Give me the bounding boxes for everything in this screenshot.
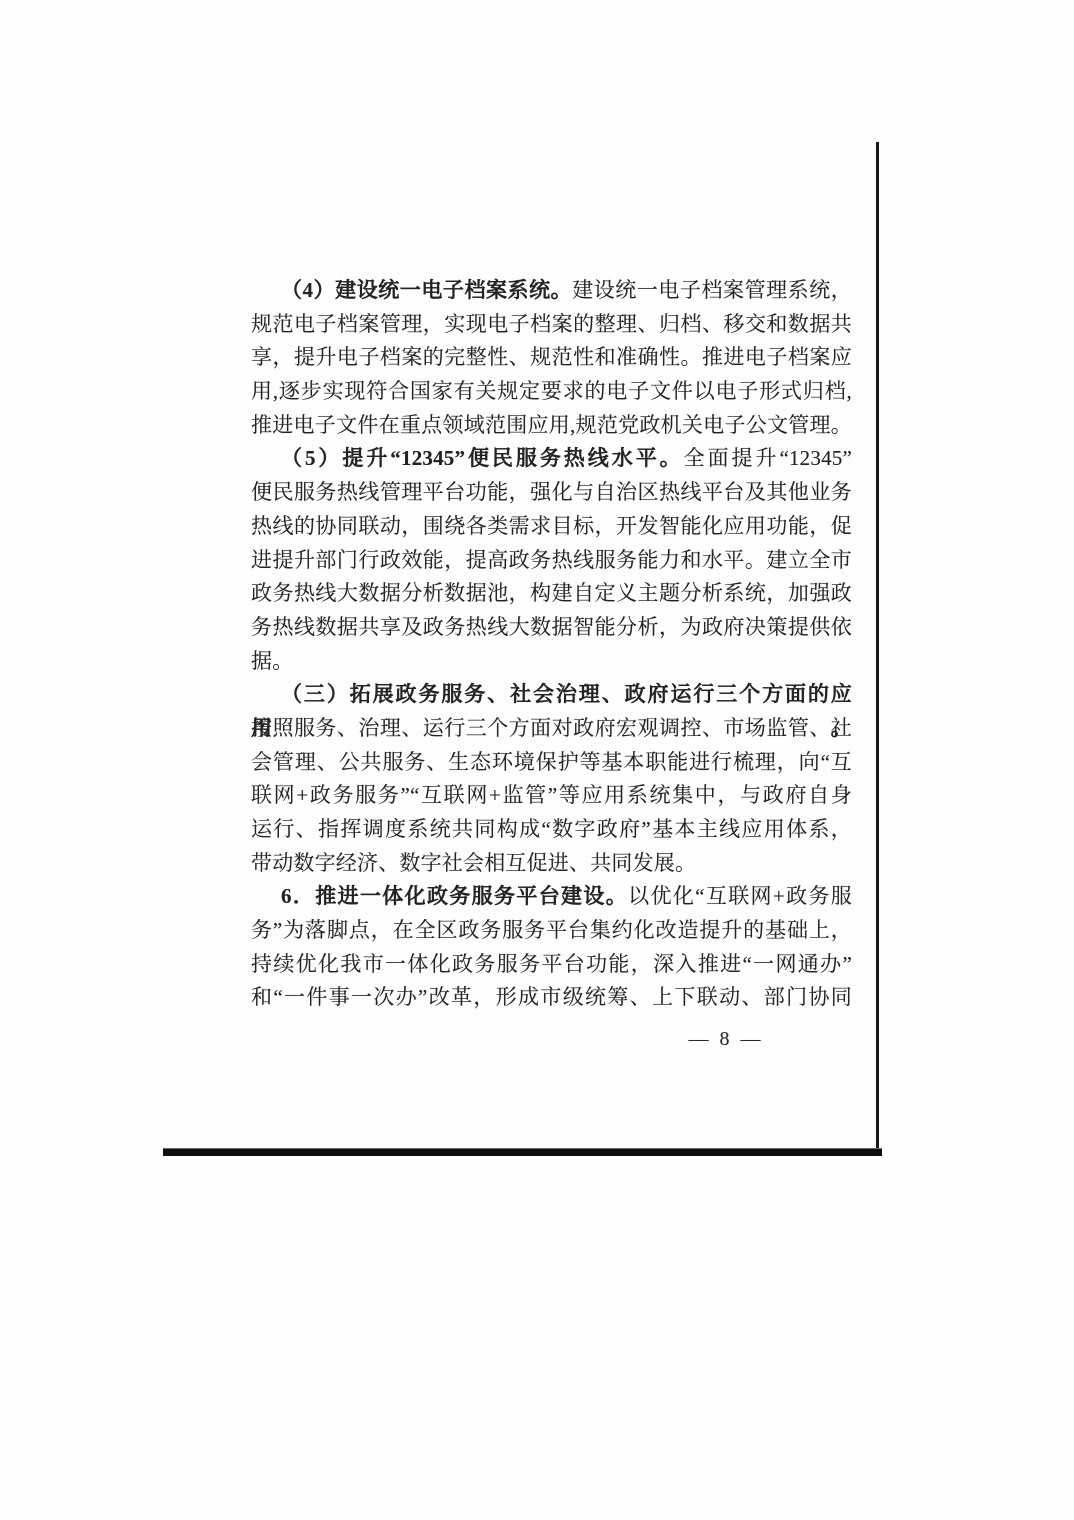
- text-line: 便民服务热线管理平台功能，强化与自治区热线平台及其他业务: [251, 476, 852, 510]
- line-text: 务热线数据共享及政务热线大数据智能分析，为政府决策提供依: [251, 615, 852, 639]
- paragraph-lead: 6．推进一体化政务服务平台建设。: [281, 884, 628, 908]
- line-text: 以优化“互联网+政务服: [628, 884, 852, 908]
- scanned-document-page: （4）建设统一电子档案系统。建设统一电子档案管理系统， 规范电子档案管理，实现电…: [0, 0, 1074, 1520]
- text-line: 推进电子文件在重点领域范围应用,规范党政机关电子公文管理。: [251, 409, 852, 443]
- text-line: （4）建设统一电子档案系统。建设统一电子档案管理系统，: [251, 274, 852, 308]
- scan-edge-right-line: [876, 142, 879, 1155]
- line-text: 便民服务热线管理平台功能，强化与自治区热线平台及其他业务: [251, 480, 852, 504]
- text-line: 会管理、公共服务、生态环境保护等基本职能进行梳理，向“互: [251, 746, 852, 780]
- line-text: 持续优化我市一体化政务服务平台功能，深入推进“一网通办”: [251, 952, 852, 976]
- line-text: 和“一件事一次办”改革，形成市级统筹、上下联动、部门协同: [251, 985, 852, 1009]
- page-number: — 8 —: [646, 1028, 806, 1051]
- line-text: 进提升部门行政效能，提高政务热线服务能力和水平。建立全市: [251, 548, 852, 572]
- line-text: 用,逐步实现符合国家有关规定要求的电子文件以电子形式归档,: [251, 379, 852, 403]
- line-text: 运行、指挥调度系统共同构成“数字政府”基本主线应用体系，: [251, 817, 852, 841]
- line-text: 全面提升“12345”: [684, 446, 852, 470]
- text-line: 进提升部门行政效能，提高政务热线服务能力和水平。建立全市: [251, 544, 852, 578]
- text-line: 6．推进一体化政务服务平台建设。以优化“互联网+政务服: [251, 880, 852, 914]
- text-line: 务”为落脚点，在全区政务服务平台集约化改造提升的基础上，: [251, 914, 852, 948]
- line-text: 建设统一电子档案管理系统，: [572, 278, 852, 302]
- paragraph-lead: （5）提升“12345”便民服务热线水平。: [281, 446, 684, 470]
- text-line: （5）提升“12345”便民服务热线水平。全面提升“12345”: [251, 442, 852, 476]
- text-line: 政务热线大数据分析数据池，构建自定义主题分析系统，加强政: [251, 577, 852, 611]
- line-text: 按照服务、治理、运行三个方面对政府宏观调控、市场监管、社: [251, 716, 852, 740]
- scan-edge-bottom-line: [163, 1148, 882, 1156]
- text-line: 享，提升电子档案的完整性、规范性和准确性。推进电子档案应: [251, 341, 852, 375]
- text-line: 热线的协同联动，围绕各类需求目标，开发智能化应用功能，促: [251, 510, 852, 544]
- paragraph-lead: （4）建设统一电子档案系统。: [281, 278, 572, 302]
- text-line: 务热线数据共享及政务热线大数据智能分析，为政府决策提供依: [251, 611, 852, 645]
- line-text: 热线的协同联动，围绕各类需求目标，开发智能化应用功能，促: [251, 514, 852, 538]
- text-line: 带动数字经济、数字社会相互促进、共同发展。: [251, 847, 852, 881]
- line-text: 务”为落脚点，在全区政务服务平台集约化改造提升的基础上，: [251, 918, 852, 942]
- text-line: 用,逐步实现符合国家有关规定要求的电子文件以电子形式归档,: [251, 375, 852, 409]
- text-line: 据。: [251, 645, 852, 679]
- text-line: 按照服务、治理、运行三个方面对政府宏观调控、市场监管、社: [251, 712, 852, 746]
- document-body: （4）建设统一电子档案系统。建设统一电子档案管理系统， 规范电子档案管理，实现电…: [251, 274, 852, 1015]
- text-line: 规范电子档案管理，实现电子档案的整理、归档、移交和数据共: [251, 308, 852, 342]
- line-text: 享，提升电子档案的完整性、规范性和准确性。推进电子档案应: [251, 345, 852, 369]
- text-line: （三）拓展政务服务、社会治理、政府运行三个方面的应用。: [251, 678, 852, 712]
- text-line: 持续优化我市一体化政务服务平台功能，深入推进“一网通办”: [251, 948, 852, 982]
- line-text: 政务热线大数据分析数据池，构建自定义主题分析系统，加强政: [251, 581, 852, 605]
- line-text: 规范电子档案管理，实现电子档案的整理、归档、移交和数据共: [251, 312, 852, 336]
- text-line: 和“一件事一次办”改革，形成市级统筹、上下联动、部门协同: [251, 981, 852, 1015]
- line-text: 带动数字经济、数字社会相互促进、共同发展。: [251, 851, 696, 875]
- line-text: 推进电子文件在重点领域范围应用,规范党政机关电子公文管理。: [251, 413, 852, 437]
- line-text: 联网+政务服务”“互联网+监管”等应用系统集中，与政府自身: [251, 783, 852, 807]
- line-text: 据。: [251, 649, 293, 673]
- line-text: 会管理、公共服务、生态环境保护等基本职能进行梳理，向“互: [251, 750, 852, 774]
- text-line: 运行、指挥调度系统共同构成“数字政府”基本主线应用体系，: [251, 813, 852, 847]
- text-line: 联网+政务服务”“互联网+监管”等应用系统集中，与政府自身: [251, 779, 852, 813]
